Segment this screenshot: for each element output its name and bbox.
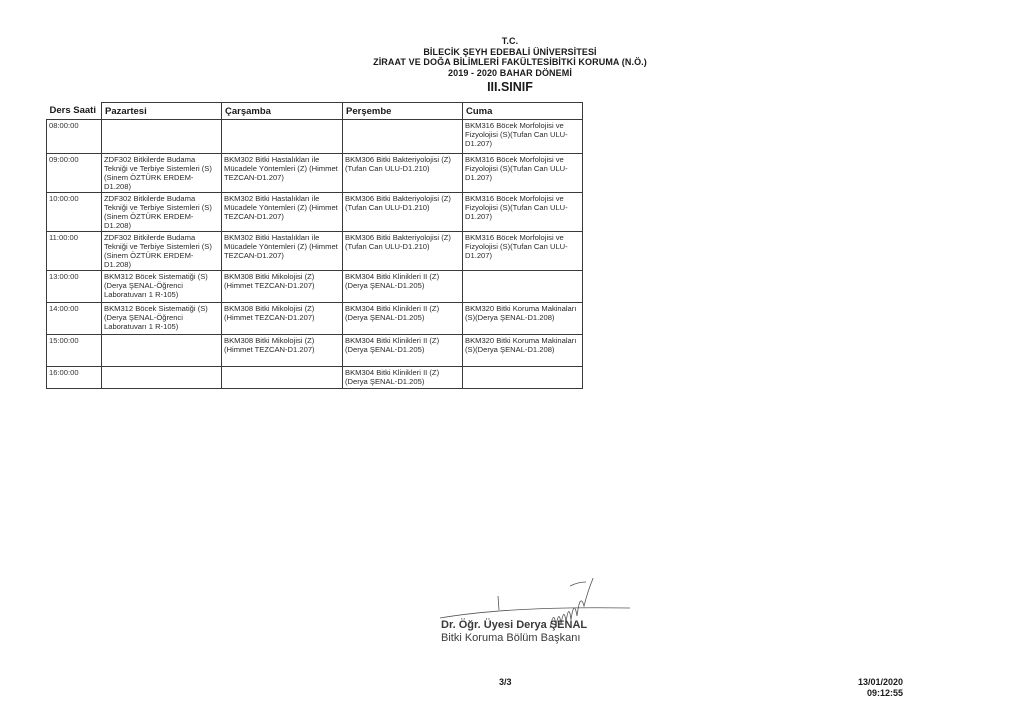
table-row: 13:00:00BKM312 Böcek Sistematiği (S) (De…: [47, 271, 583, 303]
document-header: T.C. BİLECİK ŞEYH EDEBALİ ÜNİVERSİTESİ Z…: [330, 36, 690, 95]
column-header-time: Ders Saati: [47, 103, 102, 120]
header-term: 2019 - 2020 BAHAR DÖNEMİ: [330, 68, 690, 79]
table-row: 15:00:00BKM308 Bitki Mikolojisi (Z) (Him…: [47, 335, 583, 367]
table-row: 09:00:00ZDF302 Bitkilerde Budama Tekniği…: [47, 154, 583, 193]
table-row: 08:00:00BKM316 Böcek Morfolojisi ve Fizy…: [47, 120, 583, 154]
course-cell: BKM306 Bitki Bakteriyolojisi (Z) (Tufan …: [343, 232, 463, 271]
course-cell: BKM312 Böcek Sistematiği (S) (Derya ŞENA…: [102, 271, 222, 303]
course-cell: BKM316 Böcek Morfolojisi ve Fizyolojisi …: [463, 154, 583, 193]
class-title: III.SINIF: [330, 79, 690, 95]
course-cell: ZDF302 Bitkilerde Budama Tekniği ve Terb…: [102, 193, 222, 232]
course-cell: [222, 367, 343, 389]
course-cell: [102, 335, 222, 367]
course-cell: [463, 367, 583, 389]
course-cell: BKM304 Bitki Klinikleri II (Z) (Derya ŞE…: [343, 271, 463, 303]
table-row: 11:00:00ZDF302 Bitkilerde Budama Tekniği…: [47, 232, 583, 271]
course-cell: BKM304 Bitki Klinikleri II (Z) (Derya ŞE…: [343, 335, 463, 367]
course-cell: [463, 271, 583, 303]
time-cell: 08:00:00: [47, 120, 102, 154]
course-cell: BKM306 Bitki Bakteriyolojisi (Z) (Tufan …: [343, 154, 463, 193]
table-row: 10:00:00ZDF302 Bitkilerde Budama Tekniği…: [47, 193, 583, 232]
course-cell: BKM302 Bitki Hastalıkları ile Mücadele Y…: [222, 154, 343, 193]
header-faculty: ZİRAAT VE DOĞA BİLİMLERİ FAKÜLTESİBİTKİ …: [330, 57, 690, 68]
course-cell: BKM302 Bitki Hastalıkları ile Mücadele Y…: [222, 232, 343, 271]
table-row: 14:00:00BKM312 Böcek Sistematiği (S) (De…: [47, 303, 583, 335]
time-cell: 15:00:00: [47, 335, 102, 367]
column-header-friday: Cuma: [463, 103, 583, 120]
schedule-table: Ders Saati Pazartesi Çarşamba Perşembe C…: [46, 102, 583, 389]
course-cell: BKM306 Bitki Bakteriyolojisi (Z) (Tufan …: [343, 193, 463, 232]
time-cell: 14:00:00: [47, 303, 102, 335]
page-number: 3/3: [499, 677, 512, 687]
course-cell: BKM316 Böcek Morfolojisi ve Fizyolojisi …: [463, 120, 583, 154]
signatory-name: Dr. Öğr. Üyesi Derya ŞENAL: [441, 619, 587, 631]
course-cell: BKM312 Böcek Sistematiği (S) (Derya ŞENA…: [102, 303, 222, 335]
time-cell: 11:00:00: [47, 232, 102, 271]
course-cell: BKM302 Bitki Hastalıkları ile Mücadele Y…: [222, 193, 343, 232]
course-cell: [102, 367, 222, 389]
time-cell: 09:00:00: [47, 154, 102, 193]
course-cell: BKM320 Bitki Koruma Makinaları (S)(Derya…: [463, 303, 583, 335]
table-row: 16:00:00BKM304 Bitki Klinikleri II (Z) (…: [47, 367, 583, 389]
course-cell: ZDF302 Bitkilerde Budama Tekniği ve Terb…: [102, 154, 222, 193]
table-header-row: Ders Saati Pazartesi Çarşamba Perşembe C…: [47, 103, 583, 120]
course-cell: BKM308 Bitki Mikolojisi (Z) (Himmet TEZC…: [222, 271, 343, 303]
header-line-tc: T.C.: [330, 36, 690, 47]
course-cell: [102, 120, 222, 154]
course-cell: BKM304 Bitki Klinikleri II (Z) (Derya ŞE…: [343, 367, 463, 389]
course-cell: BKM304 Bitki Klinikleri II (Z) (Derya ŞE…: [343, 303, 463, 335]
course-cell: BKM316 Böcek Morfolojisi ve Fizyolojisi …: [463, 232, 583, 271]
signatory-title: Bitki Koruma Bölüm Başkanı: [441, 632, 580, 644]
print-timestamp: 13/01/2020 09:12:55: [850, 677, 903, 698]
time-cell: 13:00:00: [47, 271, 102, 303]
course-cell: ZDF302 Bitkilerde Budama Tekniği ve Terb…: [102, 232, 222, 271]
column-header-wednesday: Çarşamba: [222, 103, 343, 120]
course-cell: BKM320 Bitki Koruma Makinaları (S)(Derya…: [463, 335, 583, 367]
header-university: BİLECİK ŞEYH EDEBALİ ÜNİVERSİTESİ: [330, 47, 690, 58]
course-cell: [222, 120, 343, 154]
time-cell: 10:00:00: [47, 193, 102, 232]
column-header-monday: Pazartesi: [102, 103, 222, 120]
course-cell: BKM316 Böcek Morfolojisi ve Fizyolojisi …: [463, 193, 583, 232]
course-cell: BKM308 Bitki Mikolojisi (Z) (Himmet TEZC…: [222, 335, 343, 367]
print-date: 13/01/2020: [850, 677, 903, 688]
time-cell: 16:00:00: [47, 367, 102, 389]
print-time: 09:12:55: [850, 688, 903, 699]
column-header-thursday: Perşembe: [343, 103, 463, 120]
course-cell: [343, 120, 463, 154]
course-cell: BKM308 Bitki Mikolojisi (Z) (Himmet TEZC…: [222, 303, 343, 335]
